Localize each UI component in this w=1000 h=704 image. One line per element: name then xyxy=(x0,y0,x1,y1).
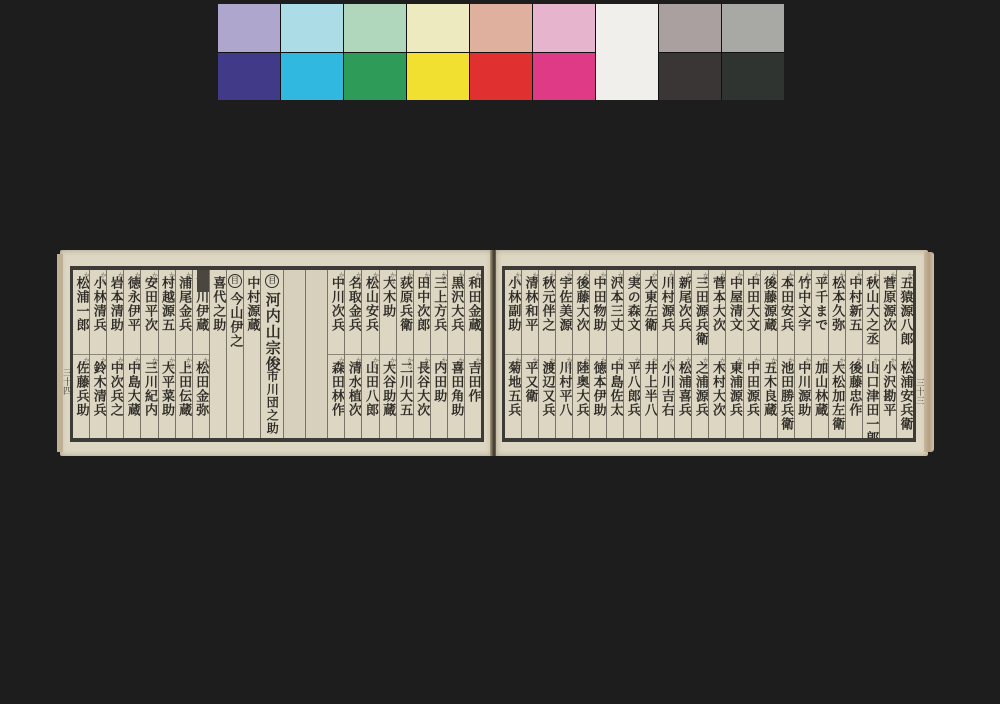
entry-cell-bottom: かな木村大次 xyxy=(709,355,725,439)
name-entry: 徳本伊助 xyxy=(592,361,605,417)
entry-cell-top: かな本田安兵 xyxy=(778,270,794,355)
entry-cell-bottom: かな平又衛 xyxy=(522,355,538,439)
name-entry: 内田助 xyxy=(432,361,445,403)
section-sub-entry: 中村源蔵 xyxy=(245,276,258,332)
entry-cell-bottom: かな三川紀内 xyxy=(141,355,157,439)
section-sub-column: 中村源蔵 xyxy=(243,270,260,438)
entry-cell-top: かな竹中文字 xyxy=(795,270,811,355)
name-entry: 名取金兵 xyxy=(347,276,360,332)
entry-cell-top: かな松山安兵 xyxy=(362,270,378,355)
name-entry: 中次兵之 xyxy=(109,361,122,417)
color-patch xyxy=(218,53,280,101)
name-entry: 黒沢大兵 xyxy=(449,276,462,332)
name-entry: 菊地五兵 xyxy=(506,361,519,417)
text-column: かな黒沢大兵かな喜田角助 xyxy=(447,270,464,438)
section-sub-entry: 喜代之助 xyxy=(211,276,224,332)
entry-cell-top: かな村越源五 xyxy=(159,270,175,355)
name-entry: 和田金蔵 xyxy=(466,276,479,332)
name-entry: 後藤源蔵 xyxy=(762,276,775,332)
name-entry: 新尾次兵 xyxy=(677,276,690,332)
color-calibration-strip xyxy=(218,4,784,100)
entry-cell-top: かな平千まで xyxy=(812,270,828,355)
entry-cell-bottom: かな渡辺又兵 xyxy=(539,355,555,439)
entry-cell-top: かな秋山大之丞 xyxy=(863,270,879,355)
name-entry: 佐藤兵助 xyxy=(75,361,88,417)
text-column: かな松本久弥かな大松加左衛 xyxy=(828,270,845,438)
text-column: かな五猿源八郎かな松浦安兵衛 xyxy=(896,270,913,438)
text-column: かな清林和平かな平又衛 xyxy=(521,270,538,438)
open-book: かな和田金蔵かな吉田作かな黒沢大兵かな喜田角助かな三上方兵かな内田助かな田中次郎… xyxy=(60,250,932,460)
dark-tab-marker xyxy=(197,270,209,292)
entry-cell-bottom: かな加山林蔵 xyxy=(812,355,828,439)
entry-cell-top: かな秋元伴之 xyxy=(539,270,555,355)
name-entry: 後藤大次 xyxy=(575,276,588,332)
color-patch xyxy=(470,4,532,52)
text-column: かな三田源兵衛かな之浦源兵 xyxy=(691,270,708,438)
entry-cell-bottom: かな中田源兵 xyxy=(744,355,760,439)
entry-cell-bottom: かな之浦源兵 xyxy=(692,355,708,439)
entry-cell-bottom: かな上田伝蔵 xyxy=(176,355,192,439)
name-entry: 小沢勘平 xyxy=(881,361,894,417)
entry-cell-top: かな中村新五 xyxy=(846,270,862,355)
name-entry: 川村平八 xyxy=(558,361,571,417)
section-sub-column: 目今山伊之 xyxy=(226,270,243,438)
name-entry: 中田源兵 xyxy=(745,361,758,417)
name-entry: 池田勝兵衛 xyxy=(779,361,792,431)
entry-cell-top: かな黒沢大兵 xyxy=(448,270,464,355)
text-column: かな村越源五かな大平菜助 xyxy=(158,270,175,438)
name-entry: 安田平次 xyxy=(143,276,156,332)
color-patch xyxy=(659,4,721,52)
entry-cell-top: かな徳永伊平 xyxy=(124,270,140,355)
text-column: かな松浦一郎かな佐藤兵助 xyxy=(73,270,89,438)
text-column: かな岩本清助かな中次兵之 xyxy=(106,270,123,438)
entry-cell-top: かな川村源兵 xyxy=(658,270,674,355)
entry-cell-bottom: かな徳本伊助 xyxy=(590,355,606,439)
name-entry: 三田源兵衛 xyxy=(694,276,707,346)
color-patch xyxy=(722,53,784,101)
text-column: かな新尾次兵かな松浦喜兵 xyxy=(674,270,691,438)
text-column: かな後藤大次かな陸奥大兵 xyxy=(572,270,589,438)
name-entry: 大木助 xyxy=(381,276,394,318)
color-patch xyxy=(344,53,406,101)
name-entry: 平八郎兵 xyxy=(626,361,639,417)
entry-cell-bottom: かな小川吉右 xyxy=(658,355,674,439)
entry-cell-top: かな大木助 xyxy=(380,270,396,355)
right-page-frame: かな五猿源八郎かな松浦安兵衛かな菅原源次かな小沢勘平かな秋山大之丞かな山口津田一… xyxy=(502,266,916,442)
text-column: かな安田平次かな三川紀内 xyxy=(140,270,157,438)
name-entry: 長谷大次 xyxy=(415,361,428,417)
name-entry: 川村源兵 xyxy=(660,276,673,332)
left-page: かな和田金蔵かな吉田作かな黒沢大兵かな喜田角助かな三上方兵かな内田助かな田中次郎… xyxy=(60,250,492,456)
entry-cell-bottom: かな山田八郎 xyxy=(362,355,378,439)
entry-cell-bottom: かな五木良蔵 xyxy=(761,355,777,439)
name-entry: 松浦一郎 xyxy=(75,276,88,332)
name-entry: 喜田角助 xyxy=(449,361,462,417)
name-entry: 竹中文字 xyxy=(796,276,809,332)
entry-cell-top: かな五猿源八郎 xyxy=(897,270,913,355)
text-column: かな中川次兵かな森田林作 xyxy=(327,270,344,438)
text-column: かな菅本大次かな木村大次 xyxy=(708,270,725,438)
entry-cell-top: かな荻原兵衛 xyxy=(397,270,413,355)
entry-cell-top: かな菅原源次 xyxy=(880,270,896,355)
name-entry: 渡辺又兵 xyxy=(540,361,553,417)
entry-cell-top: かな中田物助 xyxy=(590,270,606,355)
entry-cell-top: かな新尾次兵 xyxy=(675,270,691,355)
color-patch xyxy=(281,4,343,52)
text-column: かな大木助かな大谷助蔵 xyxy=(379,270,396,438)
name-entry: 清水植次 xyxy=(347,361,360,417)
name-entry: 吉田作 xyxy=(466,361,479,403)
text-column: かな浦尾金兵かな上田伝蔵 xyxy=(175,270,192,438)
section-title-column: 目河内山宗俊市川団之助 xyxy=(260,270,284,438)
entry-cell-top: かな小林清兵 xyxy=(90,270,106,355)
text-column: かな小林清兵かな鈴木清兵 xyxy=(89,270,106,438)
entry-cell-bottom: かな長谷大次 xyxy=(414,355,430,439)
name-entry: 大東左衛 xyxy=(643,276,656,332)
entry-cell-bottom: かな松浦安兵衛 xyxy=(897,355,913,439)
color-patch xyxy=(470,53,532,101)
entry-cell-bottom: かな陸奥大兵 xyxy=(573,355,589,439)
text-column: かな本田安兵かな池田勝兵衛 xyxy=(777,270,794,438)
name-entry: 三川紀内 xyxy=(143,361,156,417)
entry-cell-top: かな中屋清文 xyxy=(726,270,742,355)
name-entry: 五猿源八郎 xyxy=(898,276,911,346)
color-patch-white xyxy=(596,4,658,100)
left-page-number: 三十四 xyxy=(60,368,73,395)
right-page: かな五猿源八郎かな松浦安兵衛かな菅原源次かな小沢勘平かな秋山大之丞かな山口津田一… xyxy=(496,250,928,456)
entry-cell-bottom: かな内田助 xyxy=(431,355,447,439)
entry-cell-top: かな後藤源蔵 xyxy=(761,270,777,355)
name-entry: 秋元伴之 xyxy=(540,276,553,332)
entry-cell-bottom: かな二川大五 xyxy=(397,355,413,439)
name-entry: 松本久弥 xyxy=(830,276,843,332)
text-column: かな中村新五かな後藤忠作 xyxy=(845,270,862,438)
name-entry: 実の森文 xyxy=(626,276,639,332)
entry-cell-bottom: かな鈴木清兵 xyxy=(90,355,106,439)
name-entry: 大谷助蔵 xyxy=(381,361,394,417)
name-entry: 陸奥大兵 xyxy=(575,361,588,417)
name-entry: 宇佐美源 xyxy=(558,276,571,332)
name-entry: 大平菜助 xyxy=(160,361,173,417)
entry-cell-top: かな実の森文 xyxy=(624,270,640,355)
text-column: かな中田大文かな中田源兵 xyxy=(743,270,760,438)
entry-cell-top: かな中川次兵 xyxy=(328,270,344,355)
text-column: かな和田金蔵かな吉田作 xyxy=(464,270,481,438)
name-entry: 森田林作 xyxy=(330,361,343,417)
name-entry: 加山林蔵 xyxy=(813,361,826,417)
entry-cell-top: かな沢本三丈 xyxy=(607,270,623,355)
entry-cell-bottom: かな松田金弥 xyxy=(193,355,209,439)
entry-cell-top: かな中田大文 xyxy=(744,270,760,355)
entry-cell-bottom: かな大平菜助 xyxy=(159,355,175,439)
text-column: かな小林副助かな菊地五兵 xyxy=(505,270,521,438)
text-column: かな竹中文字かな中川源助 xyxy=(794,270,811,438)
name-entry: 本田安兵 xyxy=(779,276,792,332)
entry-cell-top: かな菅本大次 xyxy=(709,270,725,355)
text-column: かな大東左衛かな井上半八 xyxy=(640,270,657,438)
name-entry: 菅原源次 xyxy=(881,276,894,332)
text-column: かな秋元伴之かな渡辺又兵 xyxy=(538,270,555,438)
text-column: かな秋山大之丞かな山口津田一郎 xyxy=(862,270,879,438)
name-entry: 後藤忠作 xyxy=(847,361,860,417)
entry-cell-top: かな松浦一郎 xyxy=(73,270,89,355)
color-patch xyxy=(407,53,469,101)
entry-cell-top: かな浦尾金兵 xyxy=(176,270,192,355)
entry-cell-top: かな三田源兵衛 xyxy=(692,270,708,355)
text-column: かな宇佐美源かな川村平八 xyxy=(555,270,572,438)
entry-cell-bottom: かな東浦源兵 xyxy=(726,355,742,439)
color-patch xyxy=(344,4,406,52)
name-entry: 秋山大之丞 xyxy=(864,276,877,346)
text-column: かな菅原源次かな小沢勘平 xyxy=(879,270,896,438)
blank-column xyxy=(283,270,305,438)
name-entry: 小林副助 xyxy=(506,276,519,332)
name-entry: 菅本大次 xyxy=(711,276,724,332)
entry-cell-bottom: かな平八郎兵 xyxy=(624,355,640,439)
entry-cell-top: かな松本久弥 xyxy=(829,270,845,355)
name-entry: 三上方兵 xyxy=(432,276,445,332)
left-fore-edge xyxy=(57,254,63,452)
entry-cell-bottom: かな中次兵之 xyxy=(107,355,123,439)
section-mark-icon: 目 xyxy=(228,274,242,288)
entry-cell-bottom: かな清水植次 xyxy=(345,355,361,439)
name-entry: 二川大五 xyxy=(398,361,411,417)
entry-cell-top: かな三上方兵 xyxy=(431,270,447,355)
entry-cell-bottom: かな井上半八 xyxy=(641,355,657,439)
text-column: かな平千までかな加山林蔵 xyxy=(811,270,828,438)
name-entry: 中川源助 xyxy=(796,361,809,417)
name-entry: 山田八郎 xyxy=(364,361,377,417)
section-subtitle: 市川団之助 xyxy=(266,370,278,435)
entry-cell-top: かな後藤大次 xyxy=(573,270,589,355)
entry-cell-bottom: かな菊地五兵 xyxy=(505,355,521,439)
name-entry: 松浦安兵衛 xyxy=(898,361,911,431)
text-column: かな松山安兵かな山田八郎 xyxy=(361,270,378,438)
entry-cell-bottom: かな森田林作 xyxy=(328,355,344,439)
color-patch xyxy=(407,4,469,52)
entry-cell-bottom: かな中川源助 xyxy=(795,355,811,439)
name-entry: 中村新五 xyxy=(847,276,860,332)
name-entry: 岩本清助 xyxy=(109,276,122,332)
name-entry: 松浦喜兵 xyxy=(677,361,690,417)
entry-cell-top: かな宇佐美源 xyxy=(556,270,572,355)
name-entry: 中島大蔵 xyxy=(126,361,139,417)
entry-cell-bottom: かな後藤忠作 xyxy=(846,355,862,439)
text-column: かな後藤源蔵かな五木良蔵 xyxy=(760,270,777,438)
entry-cell-bottom: かな吉田作 xyxy=(465,355,481,439)
name-entry: 山口津田一郎 xyxy=(864,361,877,439)
name-entry: 木村大次 xyxy=(711,361,724,417)
color-patch xyxy=(218,4,280,52)
text-column: かな徳永伊平かな中島大蔵 xyxy=(123,270,140,438)
section-mark-icon: 目 xyxy=(265,274,279,288)
entry-cell-top: かな岩本清助 xyxy=(107,270,123,355)
name-entry: 村越源五 xyxy=(160,276,173,332)
name-entry: 東浦源兵 xyxy=(728,361,741,417)
name-entry: 浦尾金兵 xyxy=(177,276,190,332)
text-column: かな川村源兵かな小川吉右 xyxy=(657,270,674,438)
name-entry: 井上半八 xyxy=(643,361,656,417)
name-entry: 中島佐太 xyxy=(609,361,622,417)
color-patch xyxy=(533,53,595,101)
text-column: かな実の森文かな平八郎兵 xyxy=(623,270,640,438)
entry-cell-bottom: かな中島大蔵 xyxy=(124,355,140,439)
name-entry: 中田物助 xyxy=(592,276,605,332)
name-entry: 中川次兵 xyxy=(330,276,343,332)
section-sub-column: 喜代之助 xyxy=(209,270,226,438)
text-column: かな中田物助かな徳本伊助 xyxy=(589,270,606,438)
entry-cell-bottom: かな川村平八 xyxy=(556,355,572,439)
text-column: かな名取金兵かな清水植次 xyxy=(344,270,361,438)
color-patch xyxy=(659,53,721,101)
name-entry: 平千まで xyxy=(813,276,826,332)
entry-cell-bottom: かな松浦喜兵 xyxy=(675,355,691,439)
entry-cell-top: かな安田平次 xyxy=(141,270,157,355)
name-entry: 之浦源兵 xyxy=(694,361,707,417)
text-column: かな田中次郎かな長谷大次 xyxy=(413,270,430,438)
name-entry: 中田大文 xyxy=(745,276,758,332)
entry-cell-bottom: かな山口津田一郎 xyxy=(863,355,879,439)
entry-cell-top: かな大東左衛 xyxy=(641,270,657,355)
color-patch xyxy=(533,4,595,52)
section-title: 河内山宗俊 xyxy=(265,292,280,372)
entry-cell-top: かな清林和平 xyxy=(522,270,538,355)
name-entry: 清林和平 xyxy=(523,276,536,332)
name-entry: 中屋清文 xyxy=(728,276,741,332)
name-entry: 田中次郎 xyxy=(415,276,428,332)
name-entry: 荻原兵衛 xyxy=(398,276,411,332)
entry-cell-bottom: かな中島佐太 xyxy=(607,355,623,439)
name-entry: 徳永伊平 xyxy=(126,276,139,332)
entry-cell-top: かな小林副助 xyxy=(505,270,521,355)
left-page-frame: かな和田金蔵かな吉田作かな黒沢大兵かな喜田角助かな三上方兵かな内田助かな田中次郎… xyxy=(70,266,484,442)
name-entry: 沢本三丈 xyxy=(609,276,622,332)
entry-cell-bottom: かな喜田角助 xyxy=(448,355,464,439)
text-column: かな沢本三丈かな中島佐太 xyxy=(606,270,623,438)
color-patch xyxy=(281,53,343,101)
name-entry: 平又衛 xyxy=(523,361,536,403)
text-column: かな荻原兵衛かな二川大五 xyxy=(396,270,413,438)
name-entry: 大松加左衛 xyxy=(830,361,843,431)
section-sub-entry: 今山伊之 xyxy=(228,292,241,348)
name-entry: 五木良蔵 xyxy=(762,361,775,417)
entry-cell-bottom: かな小沢勘平 xyxy=(880,355,896,439)
text-column: かな市川伊蔵かな松田金弥 xyxy=(192,270,209,438)
entry-cell-bottom: かな池田勝兵衛 xyxy=(778,355,794,439)
name-entry: 上田伝蔵 xyxy=(177,361,190,417)
name-entry: 小林清兵 xyxy=(92,276,105,332)
entry-cell-top: かな名取金兵 xyxy=(345,270,361,355)
blank-column xyxy=(305,270,327,438)
name-entry: 松山安兵 xyxy=(364,276,377,332)
name-entry: 小川吉右 xyxy=(660,361,673,417)
color-patch xyxy=(722,4,784,52)
name-entry: 松田金弥 xyxy=(194,361,207,417)
entry-cell-bottom: かな大谷助蔵 xyxy=(380,355,396,439)
entry-cell-top: かな和田金蔵 xyxy=(465,270,481,355)
text-column: かな三上方兵かな内田助 xyxy=(430,270,447,438)
right-fore-edge xyxy=(924,252,934,452)
text-column: かな中屋清文かな東浦源兵 xyxy=(725,270,742,438)
entry-cell-top: かな田中次郎 xyxy=(414,270,430,355)
name-entry: 鈴木清兵 xyxy=(92,361,105,417)
entry-cell-bottom: かな佐藤兵助 xyxy=(73,355,89,439)
entry-cell-bottom: かな大松加左衛 xyxy=(829,355,845,439)
